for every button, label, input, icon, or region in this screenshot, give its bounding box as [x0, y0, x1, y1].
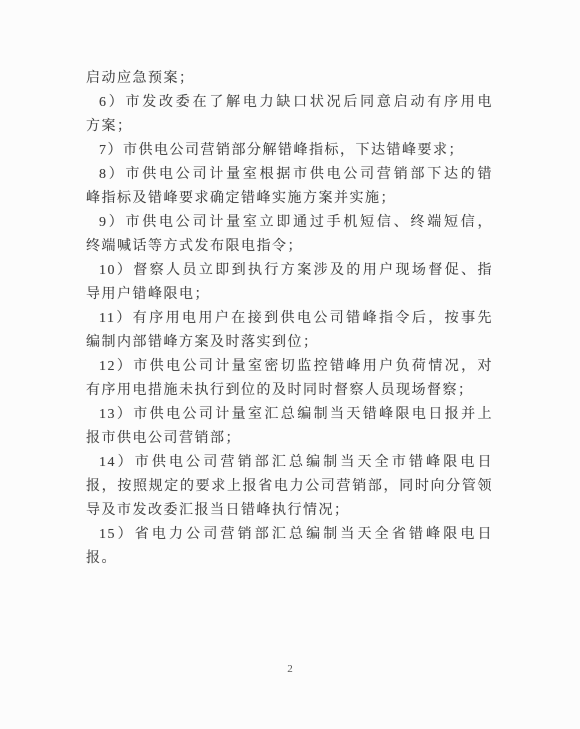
- document-line: 峰指标及错峰要求确定错峰实施方案并实施；: [86, 187, 493, 211]
- document-line: 方案；: [86, 115, 493, 139]
- document-line: 8）市供电公司计量室根据市供电公司营销部下达的错: [86, 163, 493, 187]
- document-line: 12）市供电公司计量室密切监控错峰用户负荷情况，对: [86, 355, 493, 379]
- document-line: 有序用电措施未执行到位的及时同时督察人员现场督察；: [86, 379, 493, 403]
- document-line: 13）市供电公司计量室汇总编制当天错峰限电日报并上: [86, 403, 493, 427]
- document-line: 6）市发改委在了解电力缺口状况后同意启动有序用电: [86, 91, 493, 115]
- document-line: 9）市供电公司计量室立即通过手机短信、终端短信，: [86, 211, 493, 235]
- document-line: 7）市供电公司营销部分解错峰指标，下达错峰要求；: [86, 139, 493, 163]
- document-line: 导及市发改委汇报当日错峰执行情况；: [86, 499, 493, 523]
- page-number: 2: [0, 663, 580, 675]
- document-line: 编制内部错峰方案及时落实到位；: [86, 331, 493, 355]
- document-line: 报市供电公司营销部；: [86, 427, 493, 451]
- document-line: 报。: [86, 547, 493, 571]
- document-line: 10）督察人员立即到执行方案涉及的用户现场督促、指: [86, 259, 493, 283]
- document-line: 报，按照规定的要求上报省电力公司营销部，同时向分管领: [86, 475, 493, 499]
- document-line: 启动应急预案；: [86, 67, 493, 91]
- document-text-block: 启动应急预案；6）市发改委在了解电力缺口状况后同意启动有序用电方案；7）市供电公…: [86, 67, 493, 571]
- document-line: 终端喊话等方式发布限电指令；: [86, 235, 493, 259]
- document-line: 14）市供电公司营销部汇总编制当天全市错峰限电日: [86, 451, 493, 475]
- document-line: 15）省电力公司营销部汇总编制当天全省错峰限电日: [86, 523, 493, 547]
- document-line: 导用户错峰限电；: [86, 283, 493, 307]
- document-page: 启动应急预案；6）市发改委在了解电力缺口状况后同意启动有序用电方案；7）市供电公…: [0, 0, 580, 729]
- document-line: 11）有序用电用户在接到供电公司错峰指令后，按事先: [86, 307, 493, 331]
